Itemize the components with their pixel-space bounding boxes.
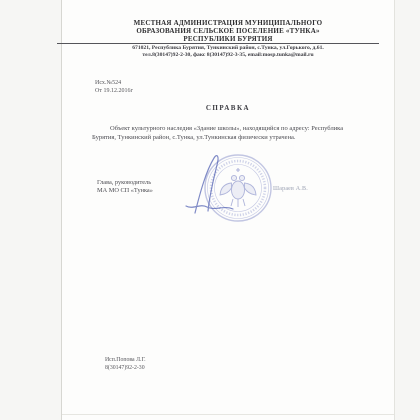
outgoing-date: От 19.12.2016г [95, 87, 133, 95]
letterhead-line-1: МЕСТНАЯ АДМИНИСТРАЦИЯ МУНИЦИПАЛЬНОГО [62, 19, 394, 27]
signer-name: Шараев А.В. [273, 186, 308, 192]
letterhead-line-3: РЕСПУБЛИКИ БУРЯТИЯ [62, 35, 394, 43]
document-title: СПРАВКА [62, 104, 394, 112]
letterhead-line-2: ОБРАЗОВАНИЯ СЕЛЬСКОЕ ПОСЕЛЕНИЕ «ТУНКА» [62, 27, 394, 35]
body-paragraph: Объект культурного наследия «Здание школ… [92, 124, 368, 142]
signer-position-line-2: МА МО СП «Тунка» [97, 187, 153, 196]
executor-name: Исп.Попова Л.Г. [105, 357, 146, 365]
scanned-document: { "doc": { "header": { "line1": "МЕСТНАЯ… [0, 0, 420, 420]
scan-background: МЕСТНАЯ АДМИНИСТРАЦИЯ МУНИЦИПАЛЬНОГО ОБР… [0, 0, 420, 420]
page-bottom-edge [62, 414, 394, 415]
executor-phone: 8(30147)92-2-30 [105, 365, 145, 373]
page-right-edge [394, 0, 395, 420]
letterhead-contacts: тел.8(30147)92-2-30, факс 8(30147)92-3-3… [62, 52, 394, 59]
page-left-edge [61, 0, 62, 420]
letterhead-address: 671021, Республика Бурятия, Тункинский р… [62, 45, 394, 52]
letterhead-rule [57, 43, 379, 44]
outgoing-number: Исх.№524 [95, 79, 121, 87]
handwritten-signature [178, 145, 248, 220]
